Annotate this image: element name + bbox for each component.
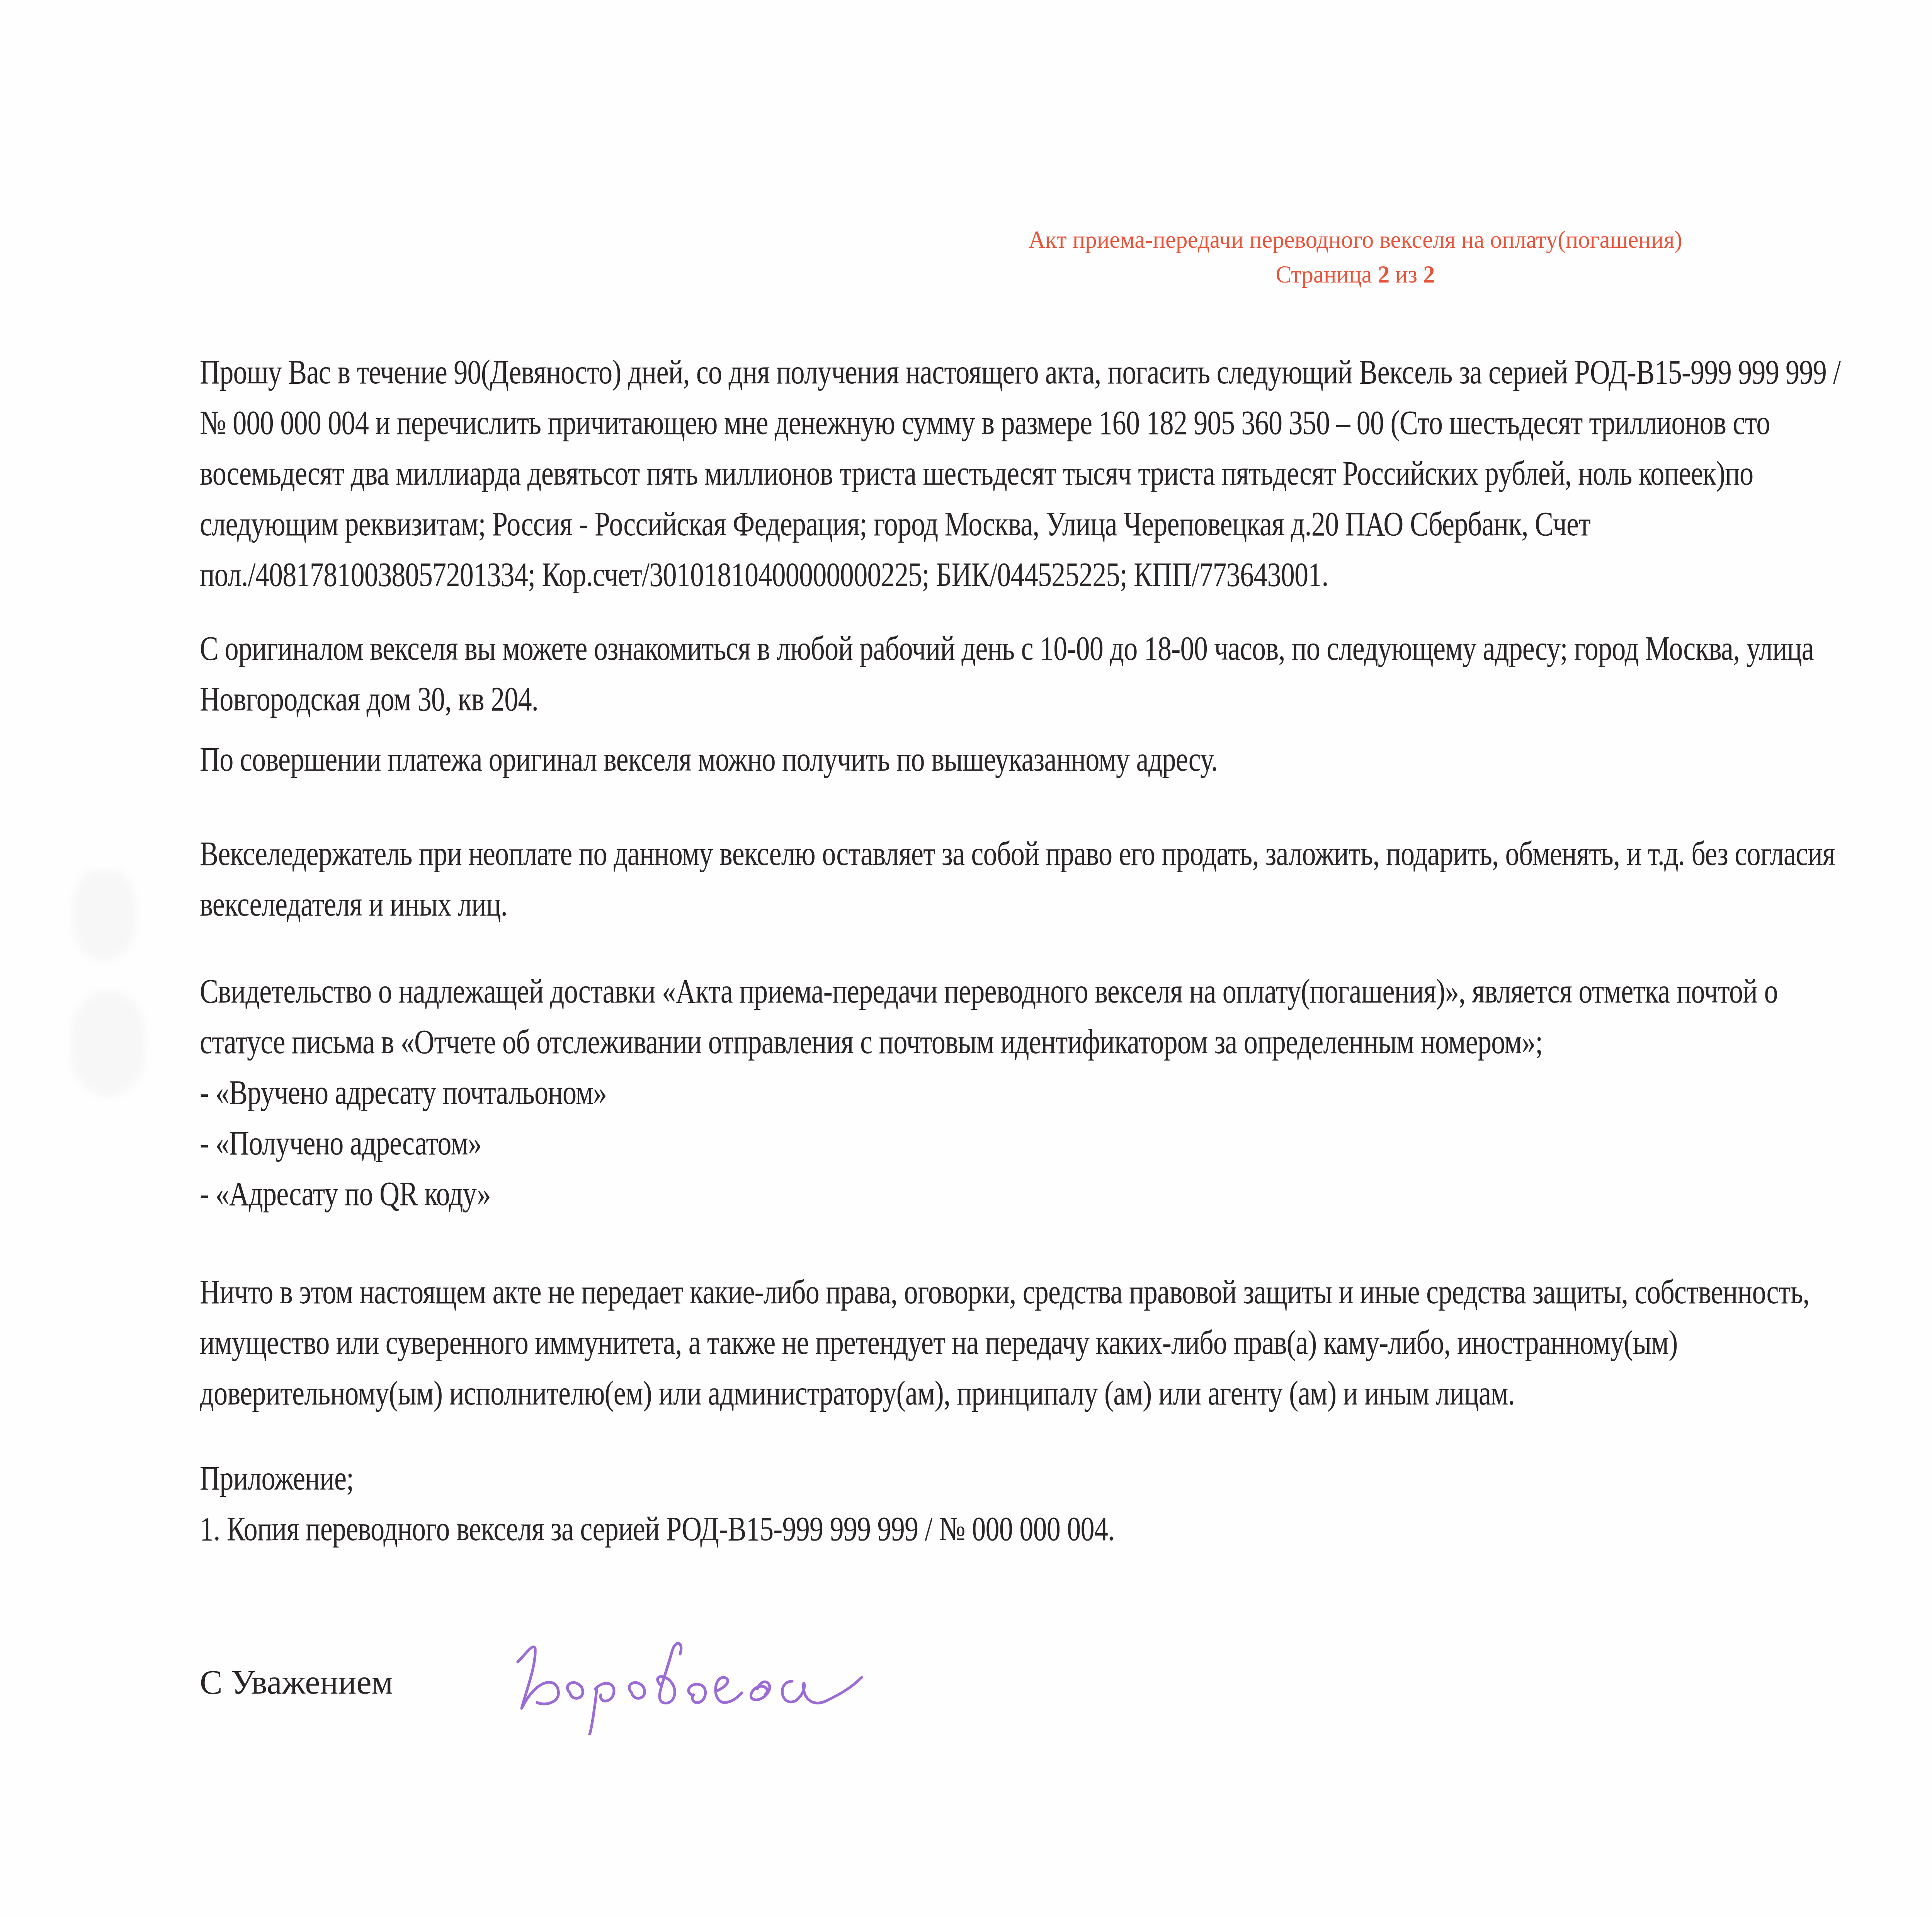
text-line: Приложение; <box>200 1453 354 1504</box>
text-line: Новгородская дом 30, кв 204. <box>200 674 538 725</box>
scanned-page: Акт приема-передачи переводного векселя … <box>0 0 1932 1917</box>
scan-artifact <box>73 870 135 958</box>
text-line: Свидетельство о надлежащей доставки «Акт… <box>200 966 1778 1017</box>
page-current: 2 <box>1378 260 1389 288</box>
text-line: - «Вручено адресату почтальоном» <box>200 1067 607 1118</box>
paragraph-request: Прошу Вас в течение 90(Девяносто) дней, … <box>200 347 1932 600</box>
text-line: С оригиналом векселя вы можете ознакомит… <box>200 623 1814 674</box>
handwritten-signature: Воробьева <box>491 1619 916 1735</box>
document-title: Акт приема-передачи переводного векселя … <box>68 227 1932 252</box>
text-line: Ничто в этом настоящем акте не передает … <box>200 1267 1810 1318</box>
text-line: - «Адресату по QR коду» <box>200 1169 491 1219</box>
scan-artifact <box>71 993 145 1094</box>
text-line: Векселедержатель при неоплате по данному… <box>200 829 1835 879</box>
paragraph-delivery-evidence: Свидетельство о надлежащей доставки «Акт… <box>200 966 1932 1219</box>
text-line: имущество или суверенного иммунитета, а … <box>200 1318 1677 1368</box>
text-line: доверительному(ым) исполнителю(ем) или а… <box>200 1368 1515 1419</box>
signoff: С Уважением <box>200 1666 393 1700</box>
page-total: 2 <box>1423 260 1435 288</box>
text-line: векселедателя и иных лиц. <box>200 879 507 930</box>
paragraph-attachment: Приложение;1. Копия переводного векселя … <box>200 1453 1315 1554</box>
text-line: Прошу Вас в течение 90(Девяносто) дней, … <box>200 347 1840 398</box>
text-line: По совершении платежа оригинал векселя м… <box>200 734 1218 785</box>
paragraph-after-payment: По совершении платежа оригинал векселя м… <box>200 734 1441 785</box>
paragraph-no-transfer: Ничто в этом настоящем акте не передает … <box>200 1267 1932 1419</box>
text-line: - «Получено адресатом» <box>200 1118 481 1169</box>
title-text: Акт приема-передачи переводного векселя … <box>1028 226 1682 253</box>
text-line: статусе письма в «Отчете об отслеживании… <box>200 1017 1543 1067</box>
paragraph-original-viewing: С оригиналом векселя вы можете ознакомит… <box>200 623 1932 725</box>
page-label: Страница <box>1276 260 1372 288</box>
text-line: пол./40817810038057201334; Кор.счет/3010… <box>200 550 1328 600</box>
text-line: 1. Копия переводного векселя за серией Р… <box>200 1504 1114 1554</box>
page-indicator: Страница 2 из 2 <box>68 262 1932 287</box>
text-line: восемьдесят два миллиарда девятьсот пять… <box>200 448 1753 499</box>
page-separator: из <box>1395 260 1417 288</box>
text-line: № 000 000 004 и перечислить причитающею … <box>200 398 1770 448</box>
text-line: следующим реквизитам; Россия - Российска… <box>200 499 1590 550</box>
paragraph-holder-rights: Векселедержатель при неоплате по данному… <box>200 829 1932 930</box>
